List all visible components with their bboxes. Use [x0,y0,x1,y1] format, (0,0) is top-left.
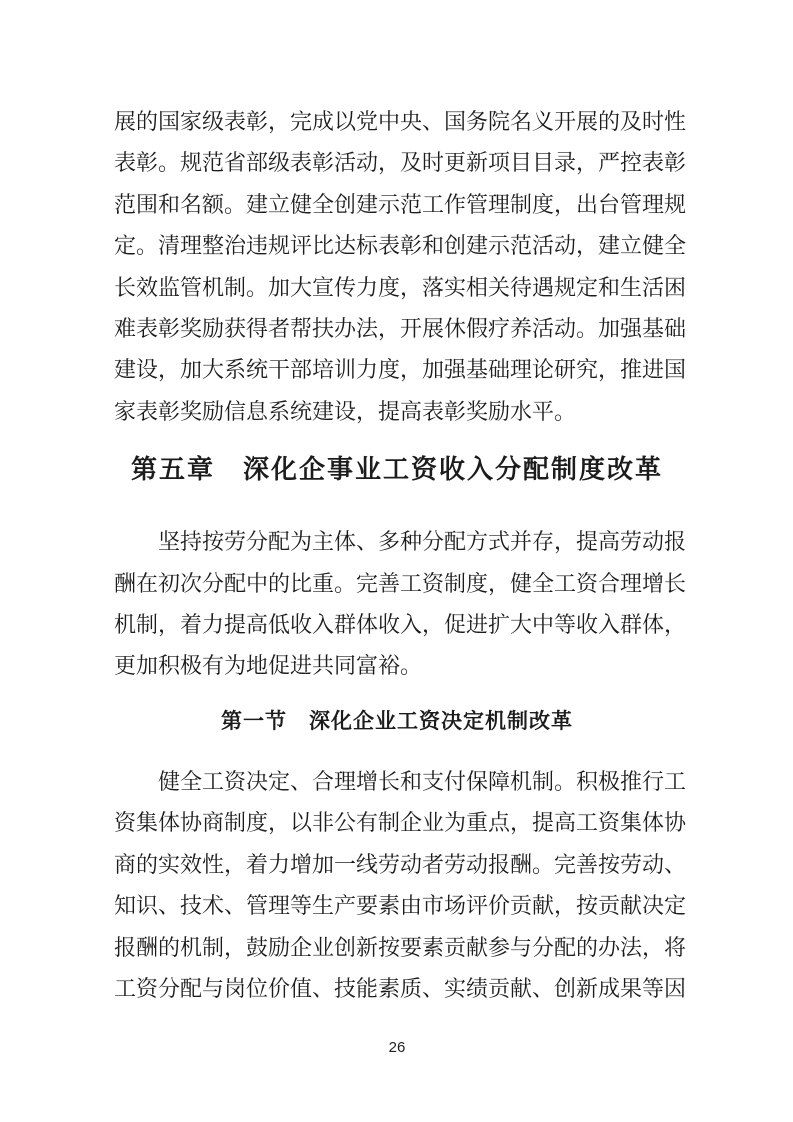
chapter-heading: 第五章 深化企事业工资收入分配制度改革 [114,450,680,490]
text-line: 定。清理整治违规评比达标表彰和创建示范活动，建立健全 [114,225,680,266]
text-line: 健全工资决定、合理增长和支付保障机制。积极推行工 [114,761,680,802]
section-heading: 第一节 深化企业工资决定机制改革 [114,705,680,739]
text-line: 建设，加大系统干部培训力度，加强基础理论研究，推进国 [114,349,680,390]
text-line: 机制，着力提高低收入群体收入，促进扩大中等收入群体， [114,604,680,645]
paragraph-2: 坚持按劳分配为主体、多种分配方式并存，提高劳动报 酬在初次分配中的比重。完善工资… [114,521,680,687]
text-line: 资集体协商制度，以非公有制企业为重点，提高工资集体协 [114,802,680,843]
text-line: 酬在初次分配中的比重。完善工资制度，健全工资合理增长 [114,563,680,604]
text-line: 坚持按劳分配为主体、多种分配方式并存，提高劳动报 [114,521,680,562]
text-line: 家表彰奖励信息系统建设，提高表彰奖励水平。 [114,391,680,432]
paragraph-3: 健全工资决定、合理增长和支付保障机制。积极推行工 资集体协商制度，以非公有制企业… [114,761,680,1009]
text-line: 工资分配与岗位价值、技能素质、实绩贡献、创新成果等因 [114,968,680,1009]
text-line: 表彰。规范省部级表彰活动，及时更新项目目录，严控表彰 [114,142,680,183]
text-line: 展的国家级表彰，完成以党中央、国务院名义开展的及时性 [114,101,680,142]
document-page: 展的国家级表彰，完成以党中央、国务院名义开展的及时性 表彰。规范省部级表彰活动，… [0,0,793,1122]
text-line: 长效监管机制。加大宣传力度，落实相关待遇规定和生活困 [114,267,680,308]
text-line: 报酬的机制，鼓励企业创新按要素贡献参与分配的办法，将 [114,927,680,968]
text-line: 知识、技术、管理等生产要素由市场评价贡献，按贡献决定 [114,885,680,926]
page-number: 26 [114,1038,680,1058]
text-column: 展的国家级表彰，完成以党中央、国务院名义开展的及时性 表彰。规范省部级表彰活动，… [114,101,680,1058]
paragraph-1: 展的国家级表彰，完成以党中央、国务院名义开展的及时性 表彰。规范省部级表彰活动，… [114,101,680,432]
text-line: 范围和名额。建立健全创建示范工作管理制度，出台管理规 [114,184,680,225]
text-line: 难表彰奖励获得者帮扶办法，开展休假疗养活动。加强基础 [114,308,680,349]
text-line: 商的实效性，着力增加一线劳动者劳动报酬。完善按劳动、 [114,844,680,885]
text-line: 更加积极有为地促进共同富裕。 [114,645,680,686]
